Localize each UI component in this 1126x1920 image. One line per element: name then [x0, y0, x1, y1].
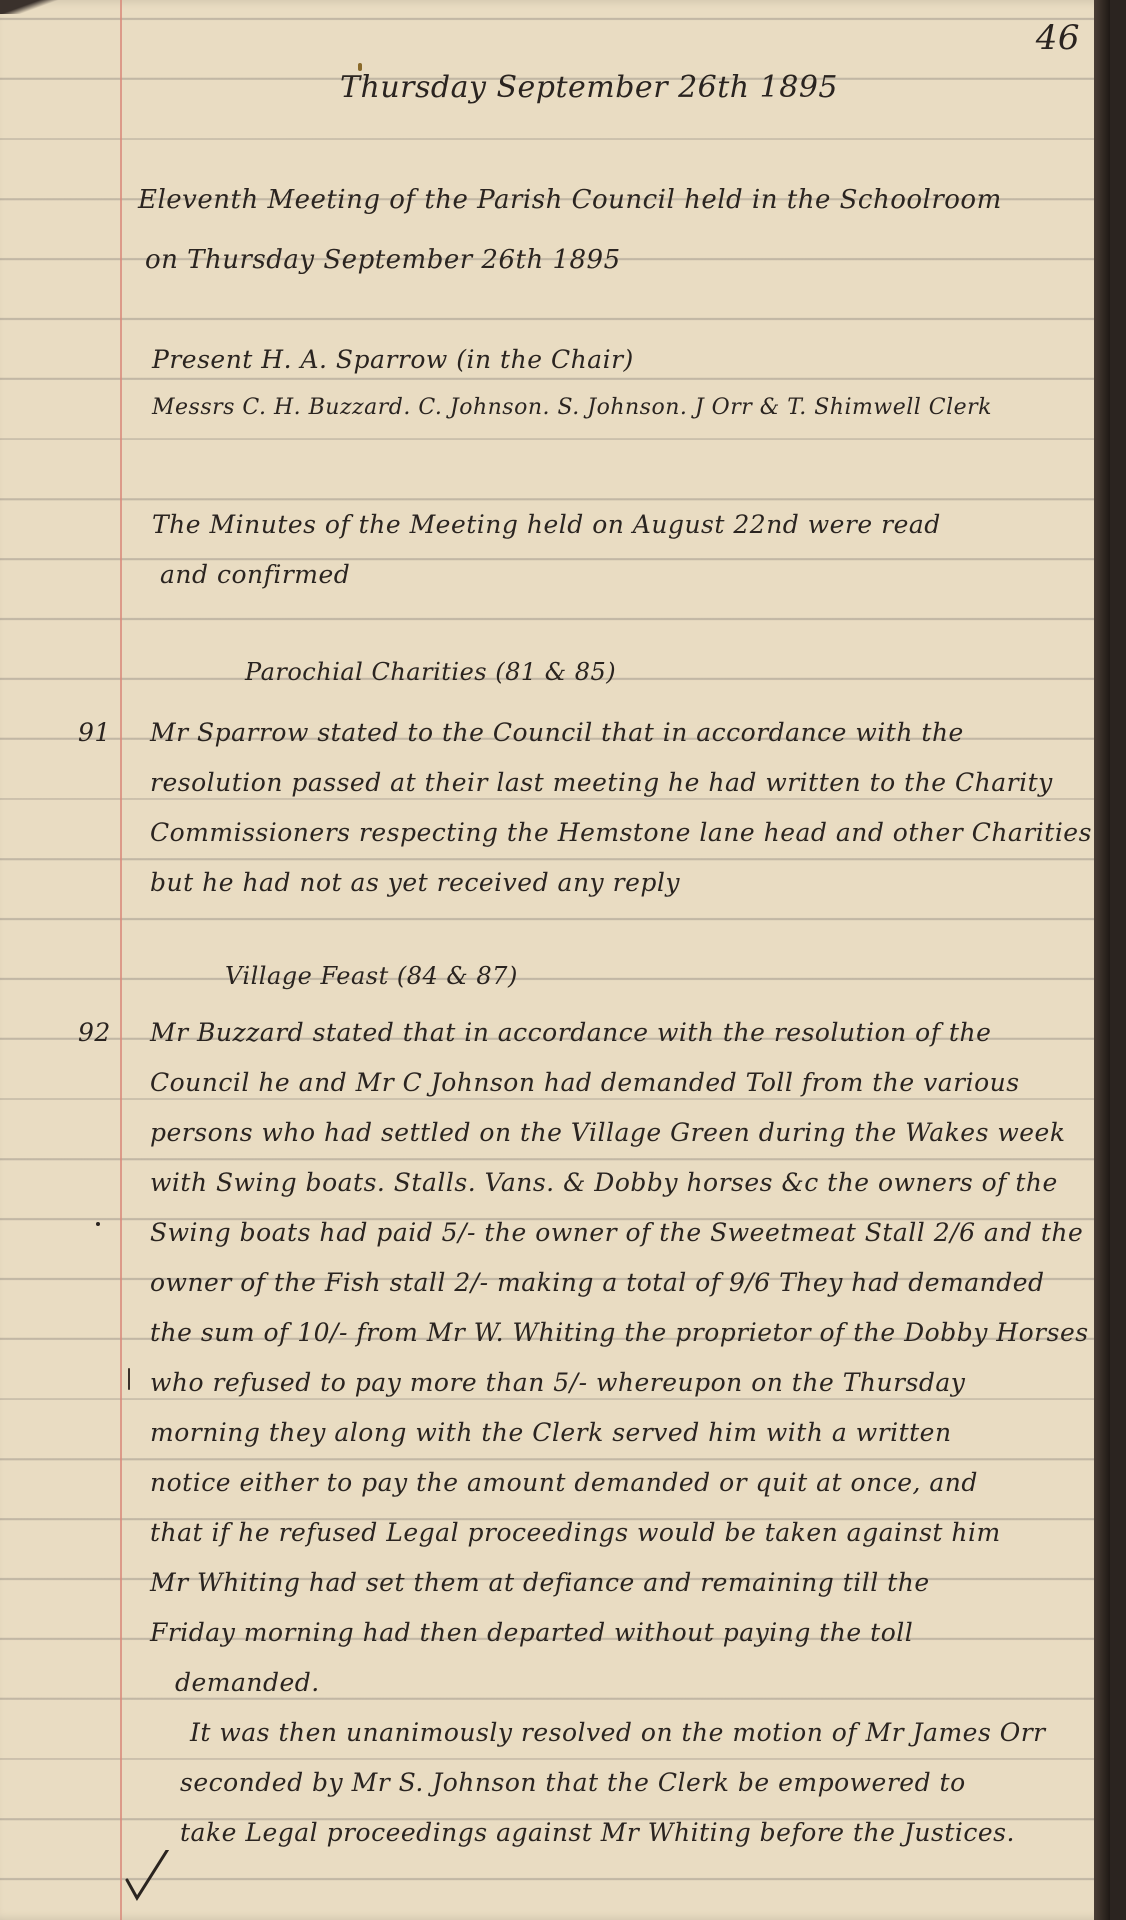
- item-92-line: the sum of 10/- from Mr W. Whiting the p…: [150, 1318, 1089, 1347]
- item-91-line: Commissioners respecting the Hemstone la…: [150, 818, 1092, 847]
- attendance-members: Messrs C. H. Buzzard. C. Johnson. S. Joh…: [152, 395, 992, 420]
- item-92-line: owner of the Fish stall 2/- making a tot…: [150, 1268, 1045, 1297]
- item-92-line: who refused to pay more than 5/- whereup…: [150, 1368, 965, 1397]
- item-92-line: Mr Buzzard stated that in accordance wit…: [150, 1018, 991, 1047]
- meeting-title-line-1: Eleventh Meeting of the Parish Council h…: [138, 185, 1002, 215]
- item-92-line: Council he and Mr C Johnson had demanded…: [150, 1068, 1020, 1097]
- item-91-heading: Parochial Charities (81 & 85): [245, 658, 616, 686]
- attendance-chair: Present H. A. Sparrow (in the Chair): [152, 345, 634, 374]
- red-margin-line: [120, 0, 122, 1920]
- item-92-line: persons who had settled on the Village G…: [150, 1118, 1066, 1147]
- item-92-resolution-line: take Legal proceedings against Mr Whitin…: [180, 1818, 1015, 1847]
- checkmark-icon: [125, 1850, 185, 1910]
- minute-book-page: 46 Thursday September 26th 1895 Eleventh…: [0, 0, 1110, 1920]
- item-92-resolution-line: It was then unanimously resolved on the …: [190, 1718, 1046, 1747]
- item-92-line: with Swing boats. Stalls. Vans. & Dobby …: [150, 1168, 1058, 1197]
- item-92-heading: Village Feast (84 & 87): [225, 962, 518, 990]
- item-91-line: resolution passed at their last meeting …: [150, 768, 1053, 797]
- item-92-line: Mr Whiting had set them at defiance and …: [150, 1568, 930, 1597]
- margin-mark: [128, 1368, 130, 1390]
- page-number: 46: [1036, 18, 1080, 58]
- item-91-line: Mr Sparrow stated to the Council that in…: [150, 718, 964, 747]
- item-92-line: Friday morning had then departed without…: [150, 1618, 913, 1647]
- item-92-resolution-line: seconded by Mr S. Johnson that the Clerk…: [180, 1768, 966, 1797]
- item-91-line: but he had not as yet received any reply: [150, 868, 680, 897]
- item-92-line: Swing boats had paid 5/- the owner of th…: [150, 1218, 1083, 1247]
- item-92-number: 92: [78, 1018, 111, 1047]
- minutes-confirmation-line-2: and confirmed: [160, 560, 350, 589]
- item-92-line: notice either to pay the amount demanded…: [150, 1468, 978, 1497]
- page-corner-shadow: [0, 0, 60, 14]
- item-92-line: demanded.: [175, 1668, 320, 1697]
- book-page-edge: [1094, 0, 1110, 1920]
- date-heading: Thursday September 26th 1895: [340, 70, 838, 105]
- item-92-line: morning they along with the Clerk served…: [150, 1418, 952, 1447]
- item-92-line: that if he refused Legal proceedings wou…: [150, 1518, 1001, 1547]
- item-91-number: 91: [78, 718, 111, 747]
- meeting-title-line-2: on Thursday September 26th 1895: [145, 245, 621, 275]
- margin-dot: [96, 1222, 100, 1226]
- minutes-confirmation-line-1: The Minutes of the Meeting held on Augus…: [152, 510, 941, 539]
